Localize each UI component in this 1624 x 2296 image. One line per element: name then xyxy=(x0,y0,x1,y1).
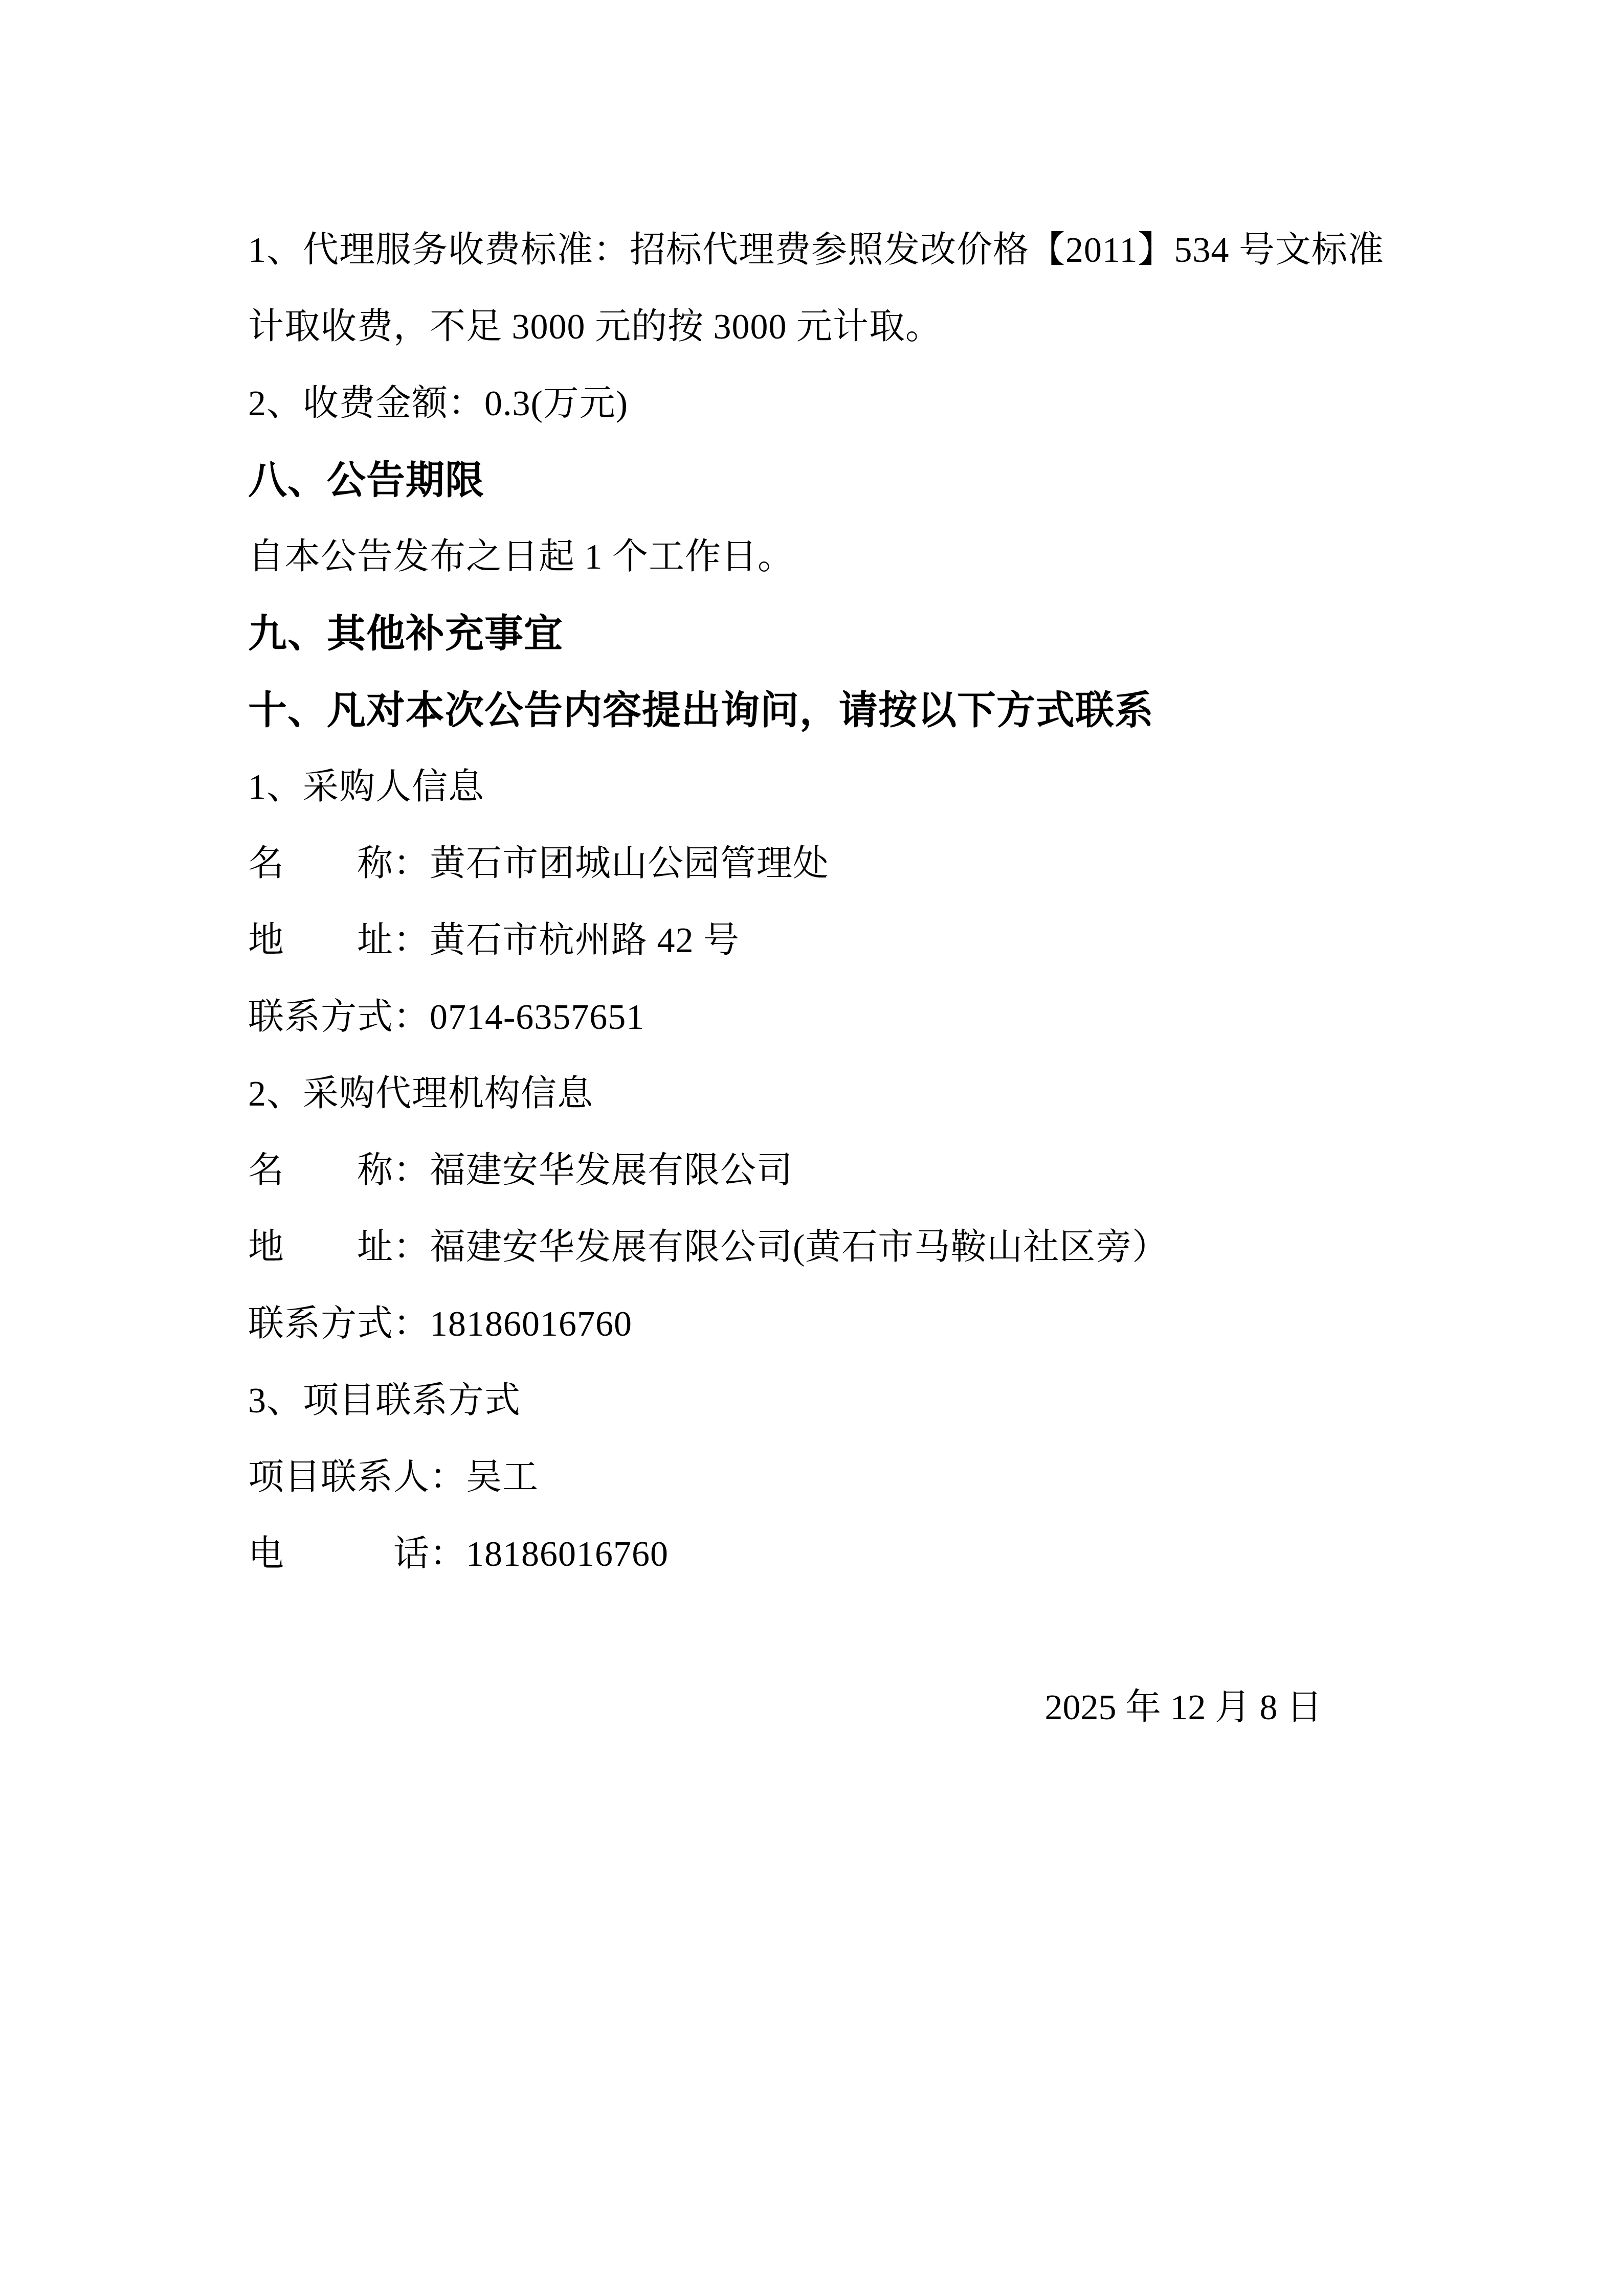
text-line-purchaser-phone: 联系方式：0714-6357651 xyxy=(248,979,1465,1056)
heading-announcement-period: 八、公告期限 xyxy=(248,442,1465,519)
text-line-project-contact-person: 项目联系人：吴工 xyxy=(248,1439,1465,1516)
document-page: 1、代理服务收费标准：招标代理费参照发改价格【2011】534 号文标准 计取收… xyxy=(0,0,1624,2296)
text-line-agency-address: 地 址：福建安华发展有限公司(黄石市马鞍山社区旁） xyxy=(248,1209,1465,1286)
text-line-purchaser-address: 地 址：黄石市杭州路 42 号 xyxy=(248,903,1465,979)
text-line-agency-name: 名 称：福建安华发展有限公司 xyxy=(248,1133,1465,1209)
text-line-purchaser-name: 名 称：黄石市团城山公园管理处 xyxy=(248,826,1465,903)
text-line-agency-fee-standard-wrap: 计取收费，不足 3000 元的按 3000 元计取。 xyxy=(248,289,1465,366)
text-line-agency-phone: 联系方式：18186016760 xyxy=(248,1286,1465,1363)
document-content: 1、代理服务收费标准：招标代理费参照发改价格【2011】534 号文标准 计取收… xyxy=(248,212,1465,1746)
text-line-purchaser-info: 1、采购人信息 xyxy=(248,749,1465,826)
text-line-agency-info: 2、采购代理机构信息 xyxy=(248,1056,1465,1133)
date-line: 2025 年 12 月 8 日 xyxy=(248,1670,1465,1746)
text-line-project-contact: 3、项目联系方式 xyxy=(248,1363,1465,1439)
text-line-agency-fee-standard: 1、代理服务收费标准：招标代理费参照发改价格【2011】534 号文标准 xyxy=(248,212,1465,289)
heading-contact-methods: 十、凡对本次公告内容提出询问，请按以下方式联系 xyxy=(248,672,1465,749)
text-line-fee-amount: 2、收费金额：0.3(万元) xyxy=(248,366,1465,442)
text-line-project-phone: 电 话：18186016760 xyxy=(248,1516,1465,1593)
heading-other-supplementary: 九、其他补充事宜 xyxy=(248,596,1465,672)
text-line-period-detail: 自本公告发布之日起 1 个工作日。 xyxy=(248,519,1465,596)
